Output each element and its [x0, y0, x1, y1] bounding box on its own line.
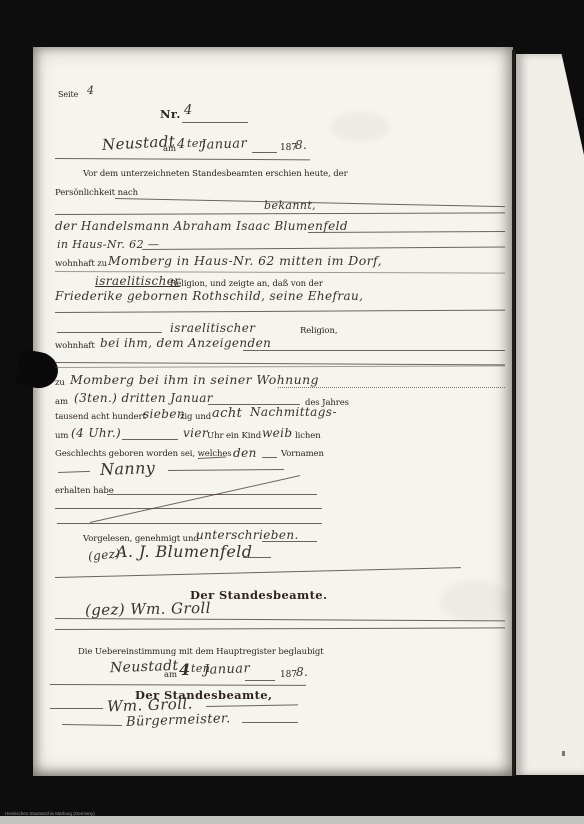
microfilm-scan: Seite 4 Nr. 4 Neustadt am 4 ten Januar 1…: [0, 0, 584, 824]
page-number-label: Seite: [58, 90, 78, 99]
mother-religion-label: Religion,: [300, 326, 337, 336]
child-name-entry: Nanny: [100, 458, 156, 479]
year-words-printed-2: zig und: [180, 412, 211, 422]
time-word-entry: vier: [183, 426, 208, 440]
record-number-value: 4: [184, 103, 193, 118]
erhalten-label: erhalten habe: [55, 486, 114, 496]
den-entry: den: [233, 446, 257, 460]
ink-bleed-smudge: [330, 112, 390, 142]
film-edge-strip: [0, 816, 584, 824]
mother-religion-entry: israelitischer: [170, 321, 255, 335]
certification-year-printed: 187: [280, 670, 297, 680]
vorgelesen-entry: unterschrieben.: [196, 528, 299, 542]
uhr-kind-label: Uhr ein Kind: [207, 431, 261, 441]
ruled-line: [57, 523, 322, 524]
declarant-signature: A. J. Blumenfeld: [116, 542, 252, 561]
ruled-line: [262, 541, 317, 542]
gender-suffix-label: lichen: [295, 431, 321, 441]
certification-am-label: am: [164, 670, 177, 680]
gender-entry: weib: [262, 426, 293, 440]
ruled-line: [57, 332, 162, 333]
record-day: 4: [177, 137, 186, 152]
daytime-entry: Nachmittags-: [250, 405, 337, 419]
ruled-line: [252, 152, 277, 153]
ruled-line: [50, 708, 103, 709]
certification-day: 4: [179, 660, 191, 679]
vornamen-label: Vornamen: [281, 449, 324, 459]
wohnhaft-zu-label: wohnhaft zu: [55, 259, 107, 269]
ruled-line: [242, 722, 298, 723]
birthplace-entry: Momberg bei ihm in seiner Wohnung: [70, 372, 319, 387]
declarant-religion-entry: israelitischer: [95, 274, 180, 288]
ruled-line: [243, 557, 271, 558]
certification-year-hand: 8.: [296, 665, 308, 679]
ruled-line: [55, 508, 322, 509]
mother-name-entry: Friederike gebornen Rothschild, seine Eh…: [55, 289, 363, 303]
religion-anzeige-label: Religion, und zeigte an, daß von der: [170, 279, 323, 289]
certification-month: Januar: [204, 661, 251, 678]
registrar-signature-1: (gez) Wm. Groll: [85, 599, 211, 619]
am-label: am: [163, 144, 176, 154]
ruled-line: [245, 680, 275, 681]
mother-wohnhaft-label: wohnhaft: [55, 341, 95, 351]
geboren-zu-label: zu: [55, 378, 65, 388]
time-paren-entry: (4 Uhr.): [71, 426, 121, 440]
ruled-line: [243, 350, 505, 351]
year-words-printed-1: tausend acht hundert: [55, 412, 146, 422]
page-number-value: 4: [87, 84, 94, 97]
ink-bleed-smudge: [440, 580, 510, 622]
certification-line: Die Uebereinstimmung mit dem Hauptregist…: [78, 647, 324, 657]
year-words-hand-1: sieben: [143, 407, 185, 421]
record-month: Januar: [201, 136, 248, 153]
film-speck: [562, 751, 565, 756]
page-fold-line: [512, 50, 515, 776]
wohnhaft-zu-entry: Momberg in Haus-Nr. 62 mitten im Dorf,: [108, 253, 382, 268]
year-handwritten: 8.: [295, 138, 307, 152]
mother-wohnhaft-entry: bei ihm, dem Anzeigenden: [100, 336, 271, 350]
year-words-hand-2: acht: [212, 406, 242, 421]
intro-line: Vor dem unterzeichneten Standesbeamten e…: [83, 169, 348, 179]
um-label: um: [55, 431, 68, 441]
bekannt-entry: bekannt,: [264, 199, 316, 212]
ruled-line: [182, 122, 248, 123]
ruled-line: [262, 457, 277, 458]
adjacent-page-edge: [516, 54, 584, 775]
record-number-label: Nr.: [160, 107, 181, 121]
birthdate-entry: (3ten.) dritten Januar: [74, 391, 213, 405]
ruled-line: [278, 387, 505, 388]
ruled-line: [122, 439, 178, 440]
birth-am-label: am: [55, 397, 68, 407]
persoenlichkeit-label: Persönlichkeit nach: [55, 188, 138, 198]
declarant-name-entry: der Handelsmann Abraham Isaac Blumenfeld: [55, 219, 348, 233]
